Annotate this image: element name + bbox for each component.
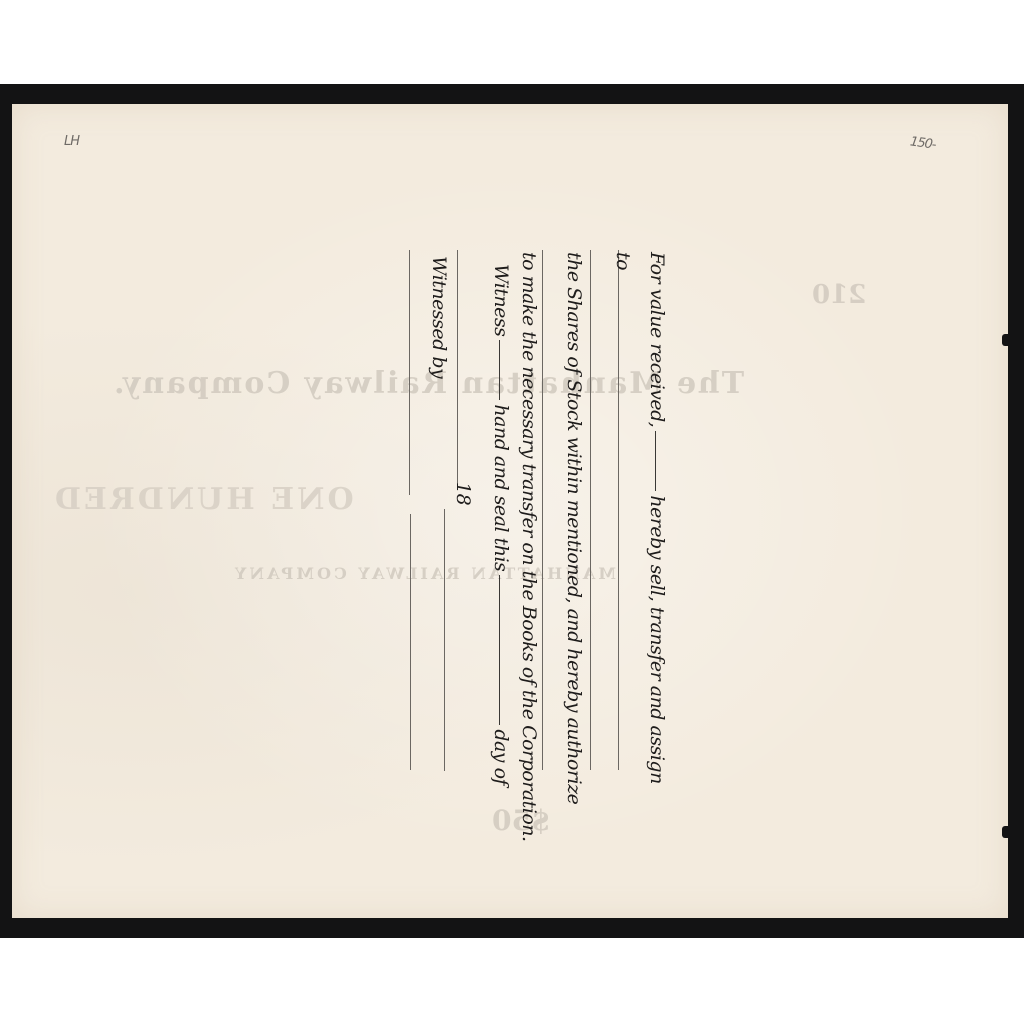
pencil-mark-top-right: 150- xyxy=(909,134,936,152)
text-day-of: day of xyxy=(490,729,512,785)
rule-line-authorize xyxy=(542,250,543,770)
transfer-line-books: to make the necessary transfer on the Bo… xyxy=(518,252,540,842)
rule-line-witness-2b xyxy=(410,514,411,770)
rule-line-shares xyxy=(590,250,591,770)
certificate-paper: LH 150- 210 The Manhattan Railway Compan… xyxy=(12,104,1008,918)
rule-line-date xyxy=(457,250,458,490)
rule-line-to xyxy=(618,250,619,770)
transfer-line-year: 18 xyxy=(452,482,474,505)
text-witness: Witness xyxy=(490,264,512,336)
transfer-line-value-received: For value received,hereby sell, transfer… xyxy=(646,252,668,784)
blank-assignor xyxy=(655,431,657,491)
text-to: to xyxy=(612,252,634,270)
transfer-line-shares: the Shares of Stock within mentioned, an… xyxy=(563,252,585,804)
text-witnessed-by: Witnessed by xyxy=(428,256,450,378)
show-through-certificate-number: 210 xyxy=(812,280,866,310)
transfer-line-witnessed-by: Witnessed by xyxy=(428,256,450,378)
text-year-prefix: 18 xyxy=(452,482,474,505)
show-through-shares-label: ONE HUNDRED xyxy=(52,482,354,517)
rule-line-witness-2a xyxy=(409,250,410,495)
text-sell-transfer-assign: hereby sell, transfer and assign xyxy=(646,495,668,783)
edge-notch xyxy=(1002,334,1008,346)
text-hand-and-seal: hand and seal this xyxy=(490,404,512,571)
blank-day xyxy=(499,575,501,725)
pencil-mark-top-left: LH xyxy=(64,134,79,149)
blank-witness-name xyxy=(499,340,501,400)
text-for-value-received: For value received, xyxy=(646,252,668,427)
edge-notch xyxy=(1002,826,1008,838)
text-necessary-transfer: to make the necessary transfer on the Bo… xyxy=(518,252,540,842)
text-shares-of-stock: the Shares of Stock within mentioned, an… xyxy=(563,252,585,804)
rule-line-witness-1 xyxy=(444,509,445,771)
transfer-line-witness: Witnesshand and seal thisday of xyxy=(490,264,512,785)
transfer-line-to: to xyxy=(612,252,634,270)
show-through-subtitle: MANHATTAN RAILWAY COMPANY xyxy=(232,564,616,583)
